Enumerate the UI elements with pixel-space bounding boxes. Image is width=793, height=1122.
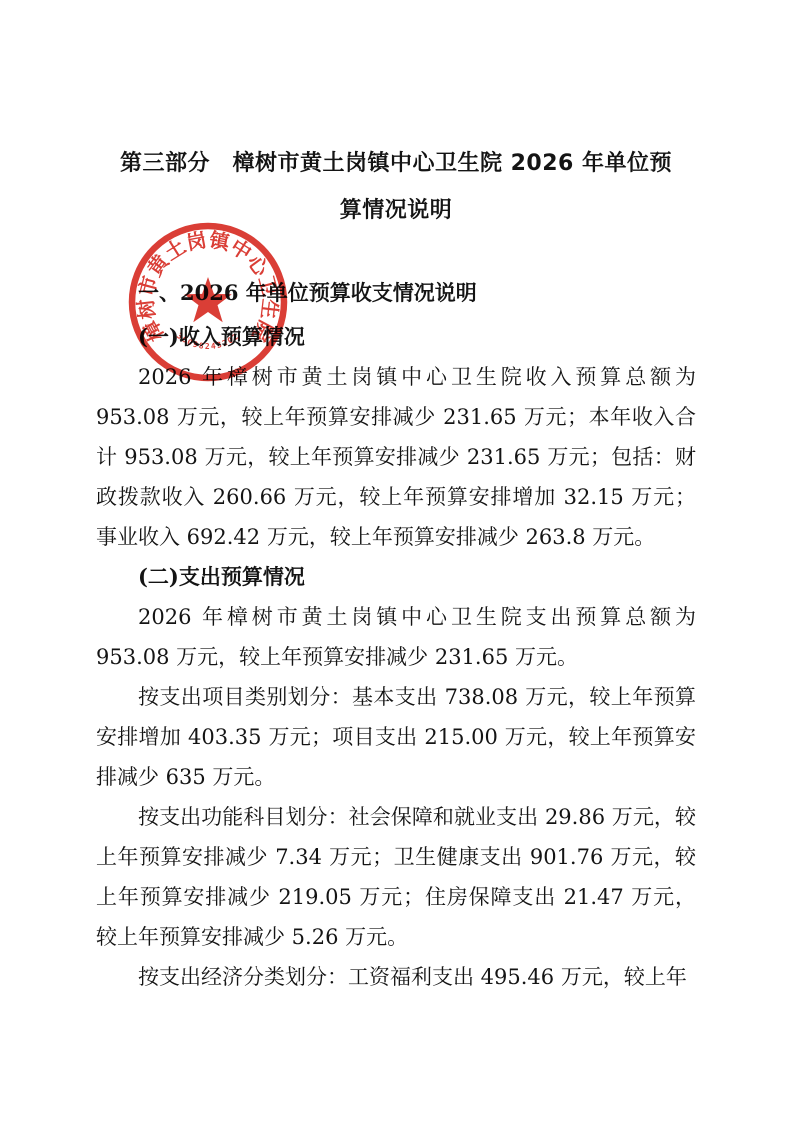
section-heading-budget-overview: 一、2026 年单位预算收支情况说明 (96, 273, 696, 313)
paragraph-expenditure-by-function: 按支出功能科目划分：社会保障和就业支出 29.86 万元，较上年预算安排减少 7… (96, 797, 696, 957)
subsection-heading-expenditure: (二)支出预算情况 (96, 557, 696, 597)
subsection-heading-income: (一)收入预算情况 (96, 317, 696, 357)
paragraph-income-budget: 2026 年樟树市黄土岗镇中心卫生院收入预算总额为 953.08 万元，较上年预… (96, 357, 696, 557)
document-content: 第三部分 樟树市黄土岗镇中心卫生院 2026 年单位预算情况说明 一、2026 … (96, 140, 696, 997)
paragraph-expenditure-by-economic-class: 按支出经济分类划分：工资福利支出 495.46 万元，较上年 (96, 957, 696, 997)
document-page: 第三部分 樟树市黄土岗镇中心卫生院 2026 年单位预算情况说明 一、2026 … (0, 0, 793, 1122)
document-title: 第三部分 樟树市黄土岗镇中心卫生院 2026 年单位预算情况说明 (115, 140, 677, 234)
paragraph-expenditure-by-project-type: 按支出项目类别划分：基本支出 738.08 万元，较上年预算安排增加 403.3… (96, 677, 696, 797)
paragraph-expenditure-total: 2026 年樟树市黄土岗镇中心卫生院支出预算总额为 953.08 万元，较上年预… (96, 597, 696, 677)
